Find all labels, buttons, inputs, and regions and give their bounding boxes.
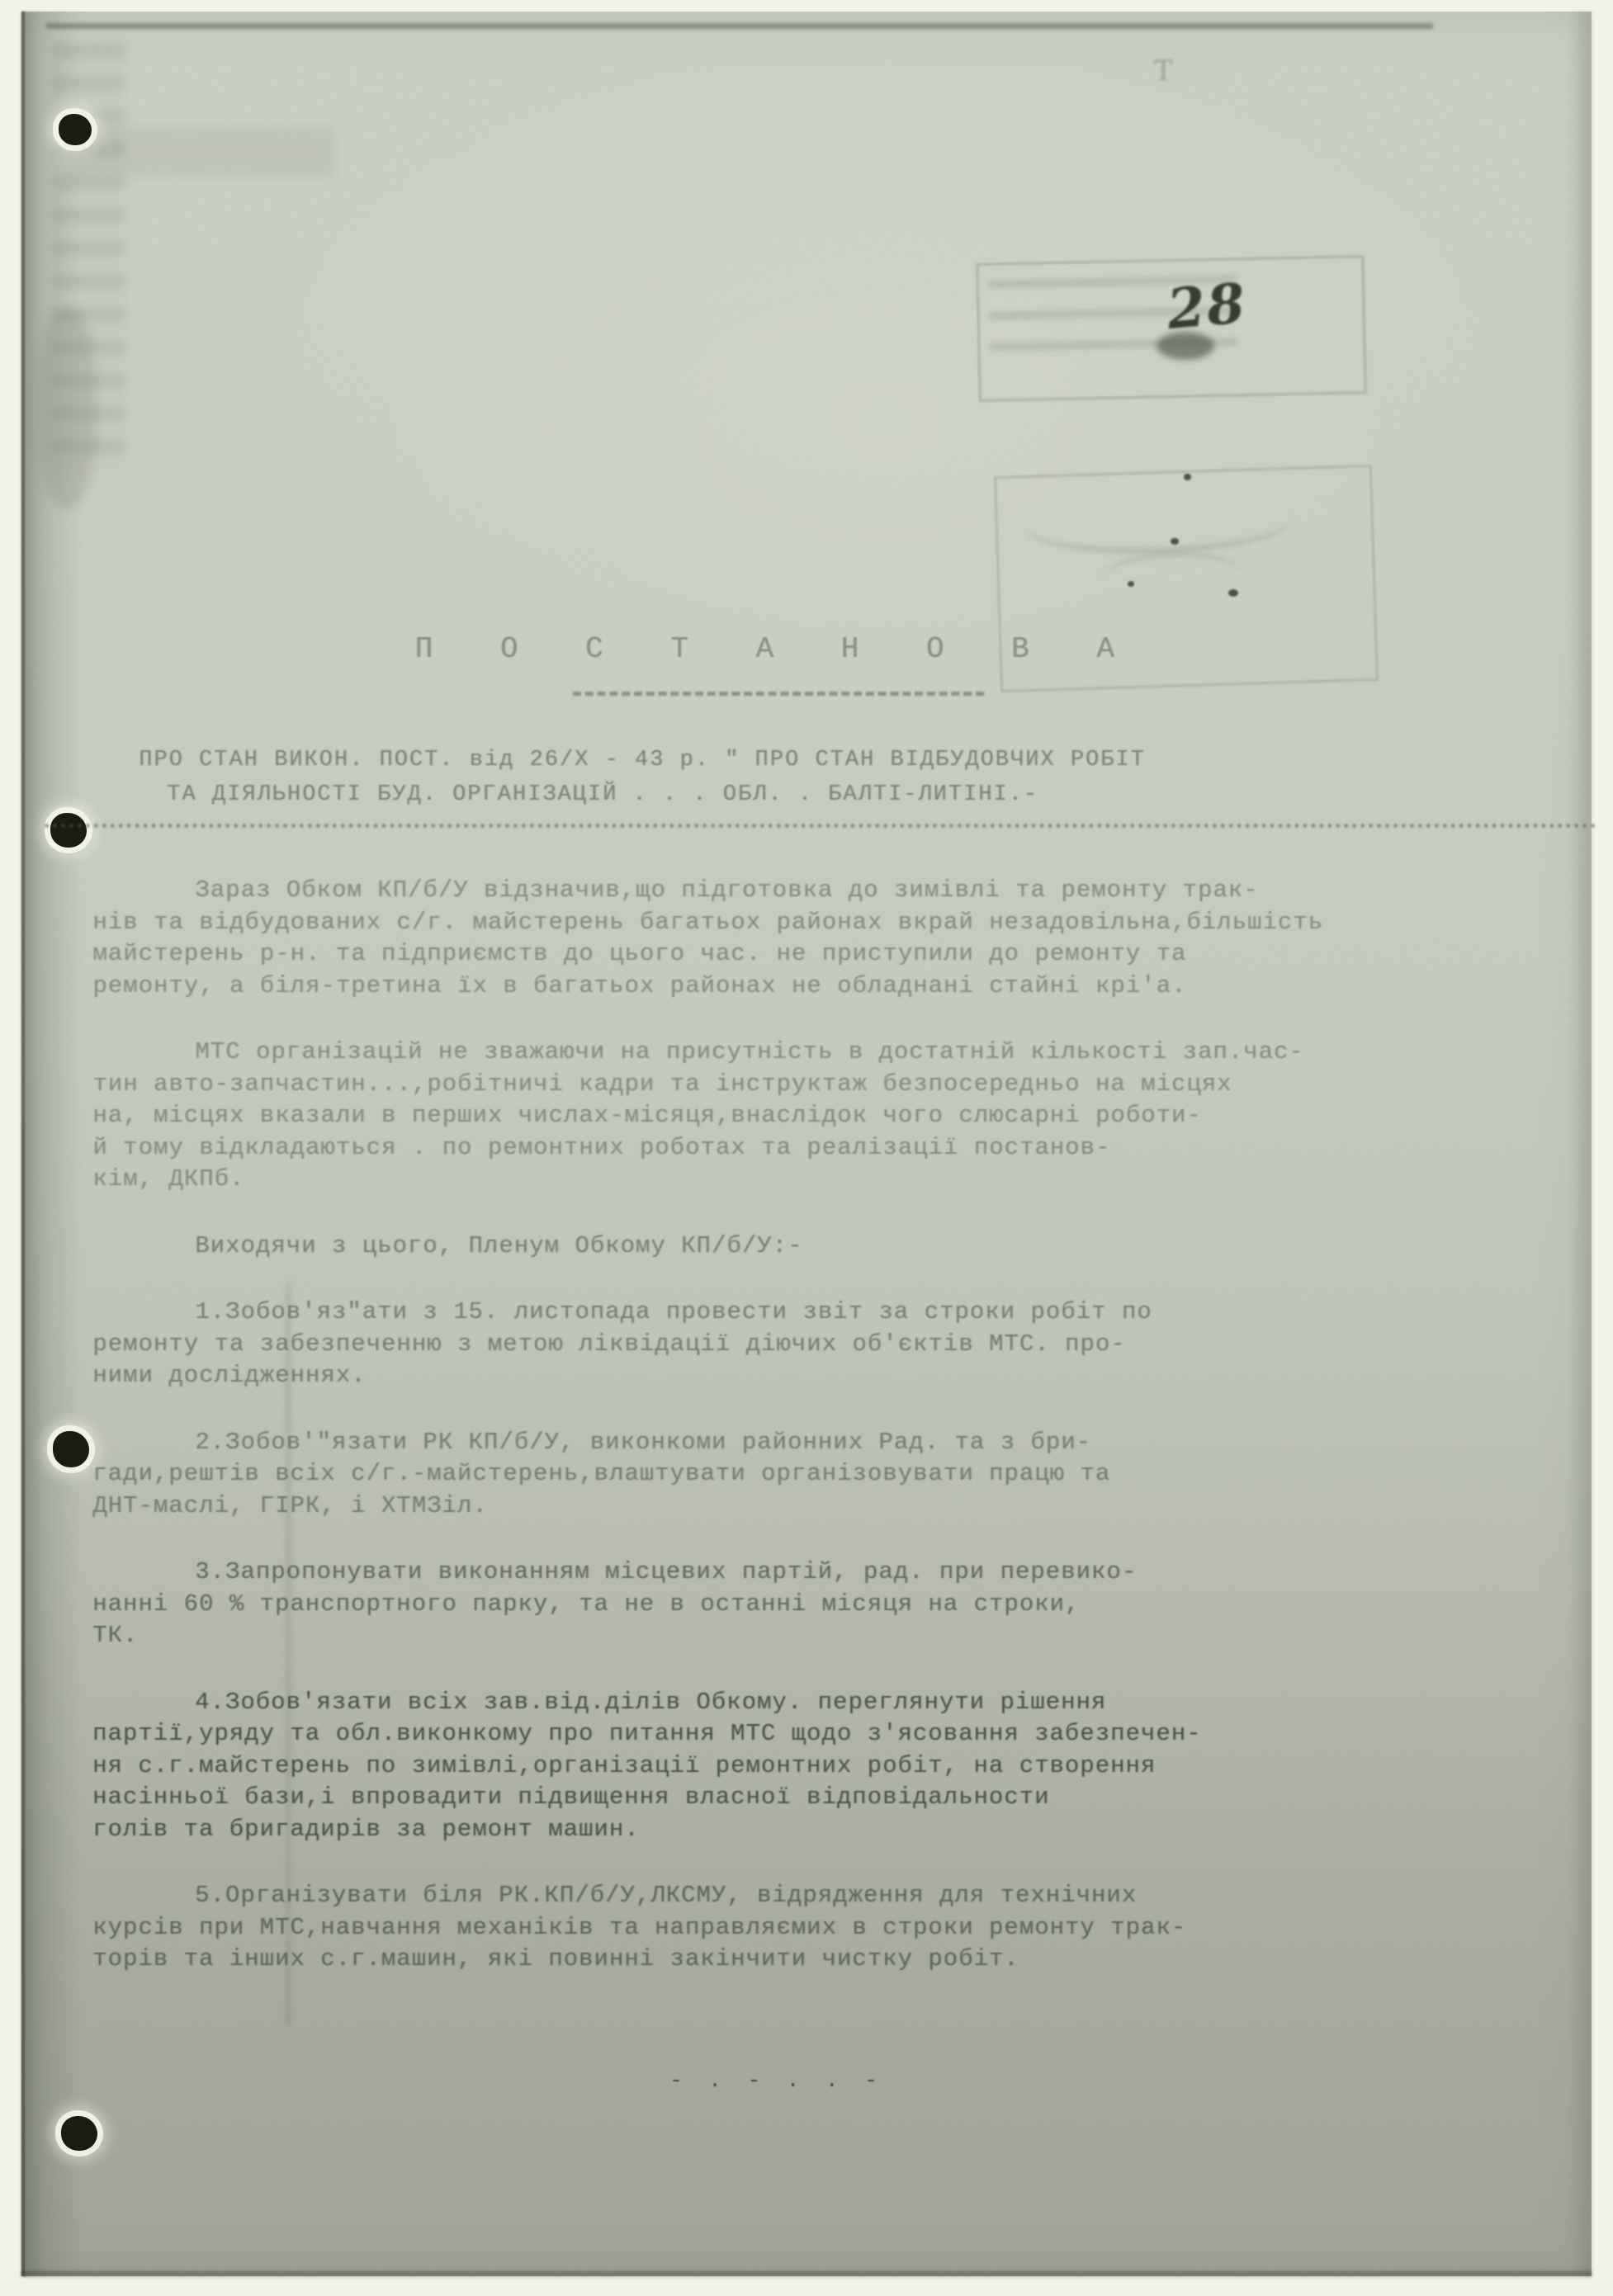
typewritten-line: майстерень р-н. та підприємств до цього … — [92, 938, 1593, 971]
typewritten-line: тин авто-запчастин...,робітничі кадри та… — [92, 1069, 1593, 1101]
ink-smear — [1157, 332, 1214, 360]
numbered-paragraph: 2.Зобов'"язати РК КП/б/У, виконкоми райо… — [92, 1427, 1593, 1523]
stamp-handwriting-stroke — [1098, 550, 1248, 609]
heading-underline — [45, 824, 1596, 828]
hole-punch — [53, 1431, 89, 1467]
ink-fleck — [1184, 474, 1191, 480]
faint-corner-mark: Т — [1154, 54, 1173, 87]
title-underline — [573, 692, 984, 696]
typewritten-line: 4.Зобов'язати всіх зав.від.ділів Обкому.… — [92, 1687, 1593, 1719]
typewritten-line: ДНТ-маслі, ГІРК, і ХТМЗіл. — [92, 1491, 1593, 1523]
document-title: П О С Т А Н О В А — [21, 632, 1532, 666]
heading-line: ПРО СТАН ВИКОН. ПОСТ. від 26/Х - 43 р. "… — [139, 743, 1575, 777]
typewritten-line: курсів при МТС,навчання механіків та нап… — [92, 1912, 1593, 1944]
typewritten-line: ремонту та забезпеченню з метою ліквідац… — [92, 1329, 1593, 1361]
typewritten-line: й тому відкладаються . по ремонтних робо… — [92, 1132, 1593, 1165]
typewritten-line: нів та відбудованих с/г. майстерень бага… — [92, 907, 1593, 939]
typewritten-line: ними дослідженнях. — [92, 1360, 1593, 1392]
numbered-paragraph: 3.Запропонувати виконанням місцевих парт… — [92, 1557, 1593, 1652]
typewritten-line: Зараз Обком КП/б/У відзначив,що підготов… — [92, 875, 1593, 907]
numbered-paragraph: 5.Організувати біля РК.КП/б/У,ЛКСМУ, від… — [92, 1880, 1593, 1976]
page-top-edge — [46, 23, 1433, 29]
typewritten-line: ня с.г.майстерень по зимівлі,організації… — [92, 1750, 1593, 1783]
typewritten-line: насінньої бази,і впровадити підвищення в… — [92, 1782, 1593, 1814]
typewritten-line: ремонту, а біля-третина їх в багатьох ра… — [92, 971, 1593, 1003]
typewritten-line: на, місцях вказали в перших числах-місяц… — [92, 1100, 1593, 1132]
typewritten-line: МТС організацій не зважаючи на присутніс… — [92, 1037, 1593, 1069]
typewritten-line: 3.Запропонувати виконанням місцевих парт… — [92, 1557, 1593, 1589]
page-bottom-edge — [21, 2271, 1592, 2276]
stamp-handwriting-stroke — [1022, 486, 1296, 557]
document-subject-heading: ПРО СТАН ВИКОН. ПОСТ. від 26/Х - 43 р. "… — [139, 743, 1575, 812]
bleedthrough-smudge — [71, 127, 335, 177]
typewritten-line: 2.Зобов'"язати РК КП/б/У, виконкоми райо… — [92, 1427, 1593, 1459]
ink-fleck — [1171, 538, 1179, 545]
typewritten-line: кім, ДКПб. — [92, 1164, 1593, 1196]
closing-separator-mark: - . - . . - — [21, 2068, 1532, 2093]
scanned-document: Т 28 П О С Т А Н О В А ПРО СТАН ВИКОН. П… — [0, 0, 1613, 2296]
typewritten-line: голів та бригадирів за ремонт машин. — [92, 1814, 1593, 1846]
hole-punch — [61, 2116, 97, 2151]
paragraph: Зараз Обком КП/б/У відзначив,що підготов… — [92, 875, 1593, 1002]
ink-fleck — [1128, 581, 1134, 587]
hole-punch — [50, 813, 87, 848]
page-left-edge — [21, 12, 25, 2276]
numbered-paragraph: 1.Зобов'яз"ати з 15. листопада провести … — [92, 1297, 1593, 1392]
ink-fleck — [1228, 589, 1238, 597]
typewritten-line: 1.Зобов'яз"ати з 15. листопада провести … — [92, 1297, 1593, 1329]
typewritten-line: партії,уряду та обл.виконкому про питанн… — [92, 1718, 1593, 1750]
handwritten-page-number: 28 — [1165, 271, 1249, 342]
page-left-shadow — [21, 12, 83, 2276]
hole-punch — [59, 114, 92, 145]
typewritten-line: Виходячи з цього, Пленум Обкому КП/б/У:- — [92, 1231, 1593, 1263]
document-body: Зараз Обком КП/б/У відзначив,що підготов… — [92, 875, 1593, 2010]
heading-line: ТА ДІЯЛЬНОСТІ БУД. ОРГАНІЗАЦІЙ . . . ОБЛ… — [139, 777, 1575, 812]
typewritten-line: нанні 60 % транспортного парку, та не в … — [92, 1589, 1593, 1621]
typewritten-line: торів та інших с.г.машин, які повинні за… — [92, 1944, 1593, 1976]
typewritten-line: гади,рештів всіх с/г.-майстерень,влаштув… — [92, 1458, 1593, 1491]
paragraph: Виходячи з цього, Пленум Обкому КП/б/У:- — [92, 1231, 1593, 1263]
paragraph: МТС організацій не зважаючи на присутніс… — [92, 1037, 1593, 1196]
paper-sheet: Т 28 П О С Т А Н О В А ПРО СТАН ВИКОН. П… — [21, 12, 1592, 2276]
typewritten-line: ТК. — [92, 1620, 1593, 1652]
typewritten-line: 5.Організувати біля РК.КП/б/У,ЛКСМУ, від… — [92, 1880, 1593, 1912]
numbered-paragraph: 4.Зобов'язати всіх зав.від.ділів Обкому.… — [92, 1687, 1593, 1846]
